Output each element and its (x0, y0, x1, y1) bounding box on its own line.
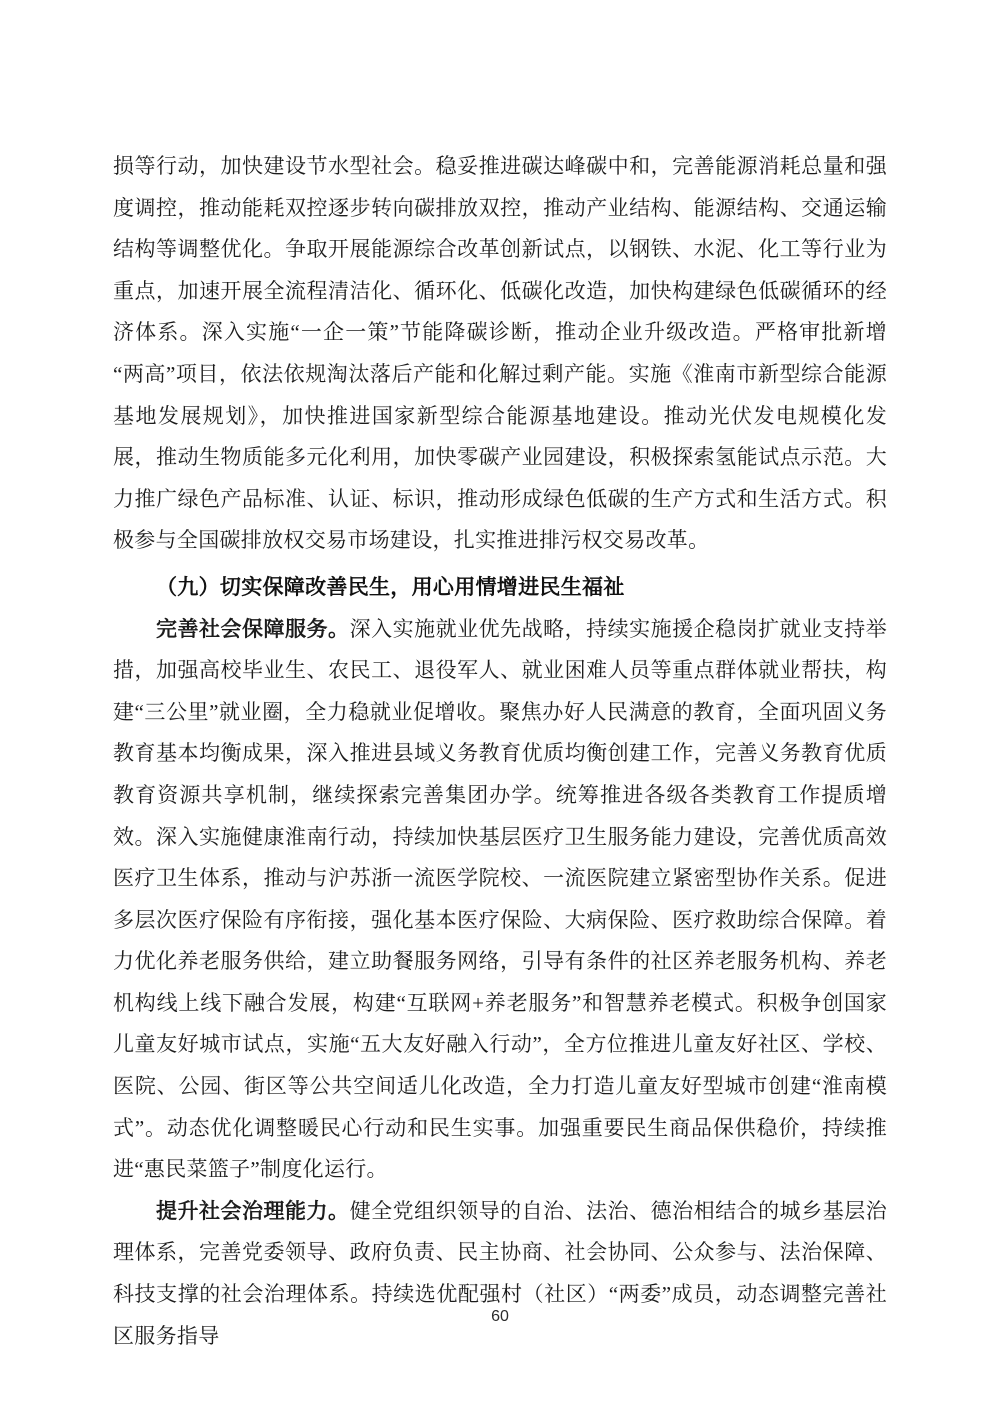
paragraph-body: 深入实施就业优先战略，持续实施援企稳岗扩就业支持举措，加强高校毕业生、农民工、退… (113, 617, 887, 1182)
section-heading: （九）切实保障改善民生，用心用情增进民生福祉 (113, 567, 887, 609)
document-body: 损等行动，加快建设节水型社会。稳妥推进碳达峰碳中和，完善能源消耗总量和强度调控，… (113, 146, 887, 1357)
document-page: 损等行动，加快建设节水型社会。稳妥推进碳达峰碳中和，完善能源消耗总量和强度调控，… (0, 0, 1000, 1415)
paragraph-lead: 完善社会保障服务。 (156, 617, 350, 641)
paragraph-social-governance: 提升社会治理能力。健全党组织领导的自治、法治、德治相结合的城乡基层治理体系，完善… (113, 1191, 887, 1357)
paragraph-continuation: 损等行动，加快建设节水型社会。稳妥推进碳达峰碳中和，完善能源消耗总量和强度调控，… (113, 146, 887, 562)
page-footer: 60 (0, 1308, 1000, 1326)
paragraph-lead: 提升社会治理能力。 (156, 1199, 350, 1223)
page-number: 60 (491, 1308, 509, 1325)
paragraph-social-security: 完善社会保障服务。深入实施就业优先战略，持续实施援企稳岗扩就业支持举措，加强高校… (113, 609, 887, 1191)
